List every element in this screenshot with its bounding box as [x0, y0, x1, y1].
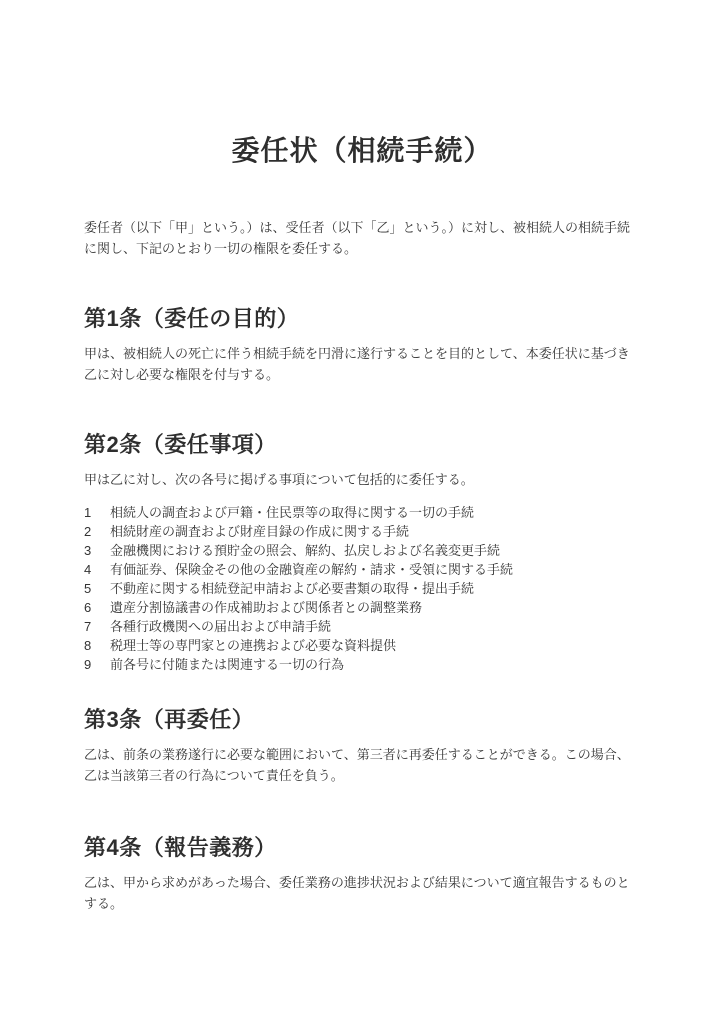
list-item-number: 7: [84, 617, 110, 636]
list-item: 8 税理士等の専門家との連携および必要な資料提供: [84, 636, 640, 655]
list-item-text: 前各号に付随または関連する一切の行為: [110, 655, 640, 674]
list-item-number: 4: [84, 560, 110, 579]
list-item-number: 5: [84, 579, 110, 598]
list-item-number: 2: [84, 522, 110, 541]
list-item: 6 遺産分割協議書の作成補助および関係者との調整業務: [84, 598, 640, 617]
document-page: 委任状（相続手続） 委任者（以下「甲」という。）は、受任者（以下「乙」という。）…: [0, 0, 724, 1024]
list-item-number: 9: [84, 655, 110, 674]
article-4-body: 乙は、甲から求めがあった場合、委任業務の進捗状況および結果について適宜報告するも…: [84, 872, 640, 914]
list-item: 5 不動産に関する相続登記申請および必要書類の取得・提出手続: [84, 579, 640, 598]
list-item-text: 有価証券、保険金その他の金融資産の解約・請求・受領に関する手続: [110, 560, 640, 579]
list-item-text: 不動産に関する相続登記申請および必要書類の取得・提出手続: [110, 579, 640, 598]
article-2-body: 甲は乙に対し、次の各号に掲げる事項について包括的に委任する。: [84, 469, 640, 490]
list-item-text: 相続財産の調査および財産目録の作成に関する手続: [110, 522, 640, 541]
document-title: 委任状（相続手続）: [84, 19, 640, 171]
list-item-number: 8: [84, 636, 110, 655]
section-article-3: 第3条（再委任） 乙は、前条の業務遂行に必要な範囲において、第三者に再委任するこ…: [84, 704, 640, 786]
section-article-1: 第1条（委任の目的） 甲は、被相続人の死亡に伴う相続手続を円滑に遂行することを目…: [84, 303, 640, 385]
list-item-number: 6: [84, 598, 110, 617]
list-item: 2 相続財産の調査および財産目録の作成に関する手続: [84, 522, 640, 541]
list-item-number: 3: [84, 541, 110, 560]
delegated-matters-list: 1 相続人の調査および戸籍・住民票等の取得に関する一切の手続 2 相続財産の調査…: [84, 503, 640, 674]
intro-paragraph: 委任者（以下「甲」という。）は、受任者（以下「乙」という。）に対し、被相続人の相…: [84, 217, 640, 259]
section-article-4: 第4条（報告義務） 乙は、甲から求めがあった場合、委任業務の進捗状況および結果に…: [84, 832, 640, 914]
list-item-number: 1: [84, 503, 110, 522]
list-item-text: 税理士等の専門家との連携および必要な資料提供: [110, 636, 640, 655]
article-3-body: 乙は、前条の業務遂行に必要な範囲において、第三者に再委任することができる。この場…: [84, 744, 640, 786]
article-2-heading: 第2条（委任事項）: [84, 429, 640, 460]
article-4-heading: 第4条（報告義務）: [84, 832, 640, 863]
document-content: 委任状（相続手続） 委任者（以下「甲」という。）は、受任者（以下「乙」という。）…: [0, 19, 724, 914]
list-item-text: 金融機関における預貯金の照会、解約、払戻しおよび名義変更手続: [110, 541, 640, 560]
list-item: 4 有価証券、保険金その他の金融資産の解約・請求・受領に関する手続: [84, 560, 640, 579]
article-1-body: 甲は、被相続人の死亡に伴う相続手続を円滑に遂行することを目的として、本委任状に基…: [84, 343, 640, 385]
list-item-text: 遺産分割協議書の作成補助および関係者との調整業務: [110, 598, 640, 617]
list-item: 9 前各号に付随または関連する一切の行為: [84, 655, 640, 674]
list-item-text: 相続人の調査および戸籍・住民票等の取得に関する一切の手続: [110, 503, 640, 522]
section-article-2: 第2条（委任事項） 甲は乙に対し、次の各号に掲げる事項について包括的に委任する。…: [84, 429, 640, 674]
list-item: 7 各種行政機関への届出および申請手続: [84, 617, 640, 636]
list-item-text: 各種行政機関への届出および申請手続: [110, 617, 640, 636]
article-3-heading: 第3条（再委任）: [84, 704, 640, 735]
list-item: 3 金融機関における預貯金の照会、解約、払戻しおよび名義変更手続: [84, 541, 640, 560]
article-1-heading: 第1条（委任の目的）: [84, 303, 640, 334]
list-item: 1 相続人の調査および戸籍・住民票等の取得に関する一切の手続: [84, 503, 640, 522]
